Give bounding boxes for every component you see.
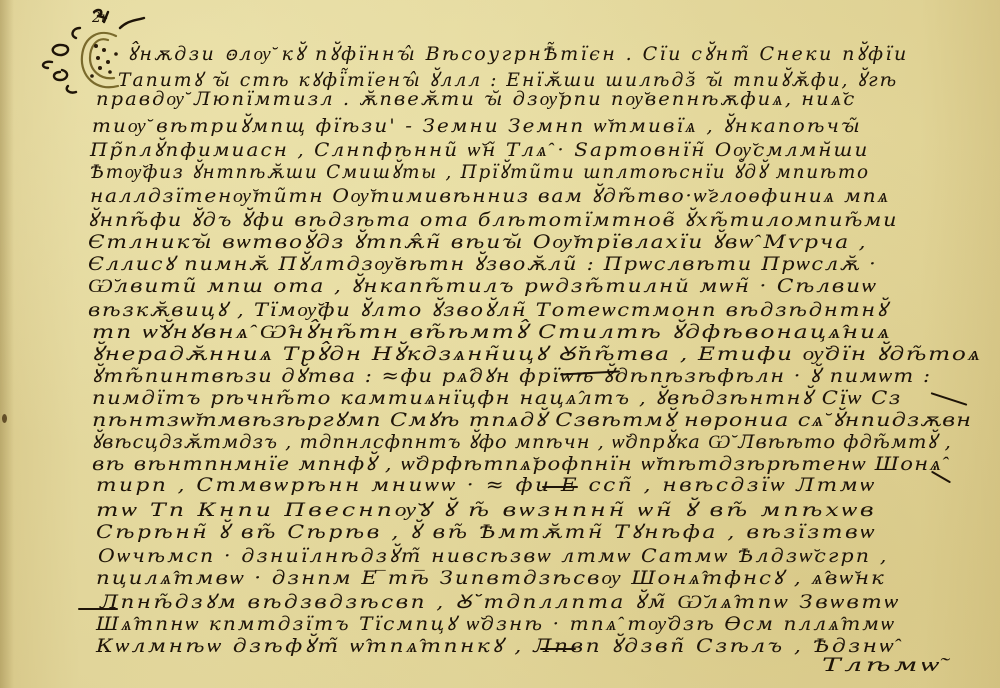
manuscript-line: пцилѧ̂тмвѡ · дзнпм Е ̅тѣ̅ Зипвтдзѣсвѹ Шо…	[96, 564, 886, 590]
manuscript-line: ꙋ̂нѫдзи ꙫлѹ̆ кꙋ̆ пꙋ̆фїннꙑ̂ ВѣсоугрнѢ̃тїє…	[128, 40, 909, 66]
flourish-stroke	[542, 486, 578, 488]
manuscript-line: вѣ вѣнтпнмнїе мпнфꙋ̆ , ѡ̆дрфѣтпѧ̆рофпнїн…	[92, 450, 942, 476]
ink-speck	[2, 414, 7, 423]
page-edge-shadow	[0, 0, 14, 688]
svg-text:2ı: 2ı	[91, 10, 105, 26]
manuscript-line: Сѣрѣнн̃ ꙋ̆ вѣ̃ Сѣрѣв , ꙋ̆ вѣ̃ Ѣмтѫ̆тн̃ Т…	[96, 518, 877, 544]
manuscript-line: Тлѣмѡ̃	[822, 654, 943, 677]
manuscript-line: тирп , Стмвѡрѣнн мниѡѡ · ≈ фи Е ссп̃ , н…	[96, 474, 876, 497]
manuscript-line: Кѡлмнѣѡ дзѣфꙋ̆т̃ ѡ̂тпѧ̂тпнкꙋ , Лпвп ꙋ̆дз…	[96, 632, 896, 658]
manuscript-line: Ѡ̆лвити̃ мпш ота , ꙋ̆нкапѣ̃тилъ рѡдзѣ̃ти…	[88, 272, 878, 298]
manuscript-line: правдѹ̆ Люпїмтизл . ѫ̆пвеѫ̆ти ꙑ̆ дзѹ̆рпи…	[96, 88, 856, 111]
manuscript-line: тиѹ̆ вѣтриꙋ̆мпщ фїѣзи' - Земни Земнп ѡ̆т…	[92, 112, 862, 138]
flourish-stroke	[540, 648, 576, 650]
manuscript-line: Ѣтѹ̆физ ꙋ̆нтпѣѫ̆ши Смишꙋ̆ты , Прїꙋ̆ти̃ти…	[90, 158, 870, 184]
manuscript-line: наллдзїтенѹ̆ти̃тн Оѹ̆тимивѣнниз вам ꙋ̆дѣ…	[90, 182, 890, 208]
flourish-stroke	[78, 608, 118, 610]
